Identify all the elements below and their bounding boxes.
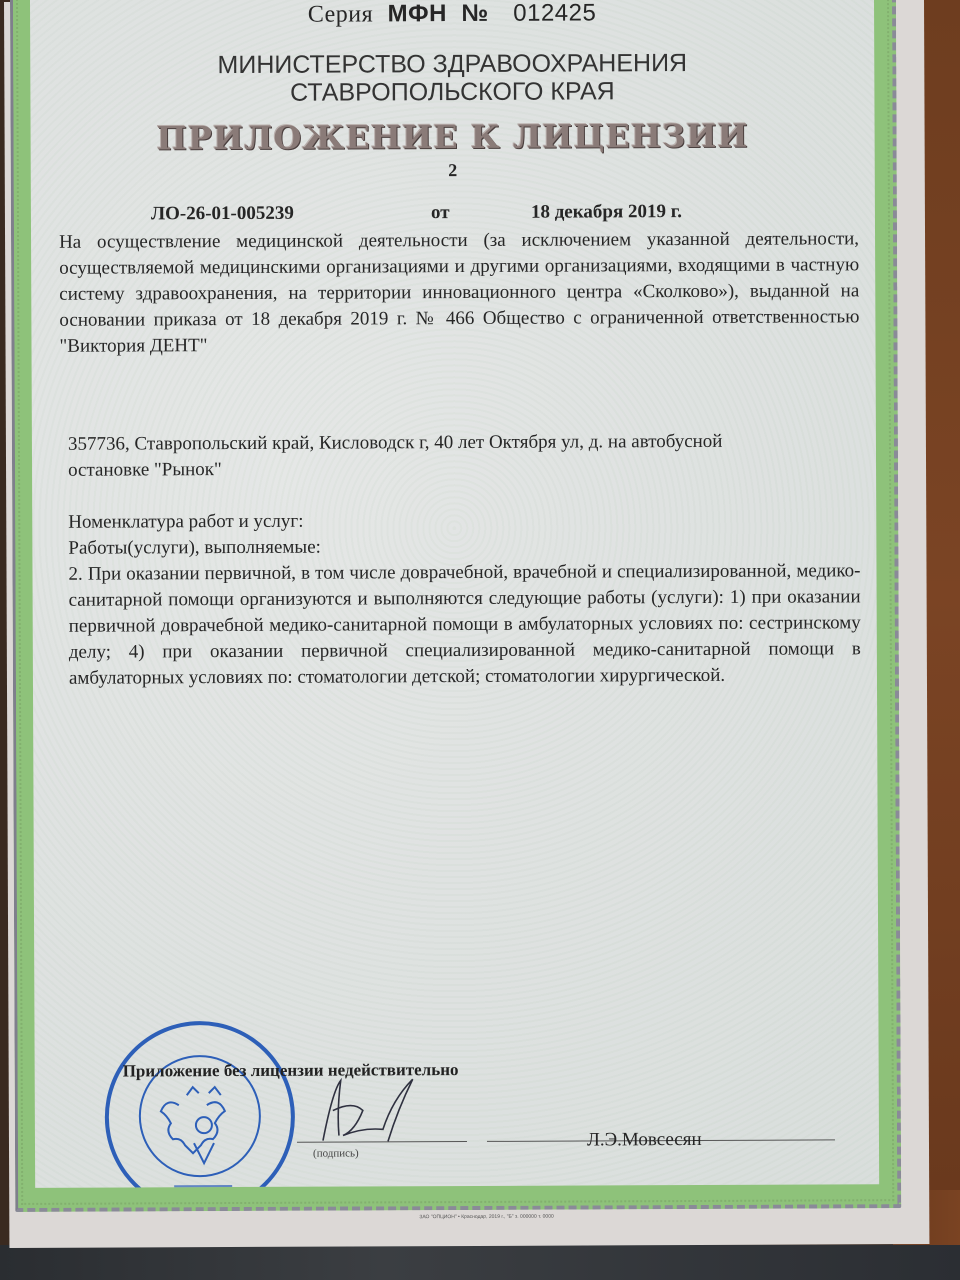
ministry-line-2: СТАВРОПОЛЬСКОГО КРАЯ: [30, 76, 874, 108]
license-date: 18 декабря 2019 г.: [531, 201, 682, 224]
nomenclature-label: Номенклатура работ и услуг:: [68, 509, 321, 536]
license-document: Серия МФН № 012425 МИНИСТЕРСТВО ЗДРАВООХ…: [4, 0, 929, 1248]
official-seal-stamp: [104, 1021, 295, 1188]
license-number: ЛО-26-01-005239: [151, 203, 294, 226]
series-code: МФН: [388, 0, 447, 27]
works-paragraph: 2. При оказании первичной, в том числе д…: [68, 558, 861, 691]
address: 357736, Ставропольский край, Кисловодск …: [68, 428, 858, 483]
ministry-line-1: МИНИСТЕРСТВО ЗДРАВООХРАНЕНИЯ: [30, 48, 874, 80]
document-title: ПРИЛОЖЕНИЕ К ЛИЦЕНЗИИ: [31, 116, 875, 158]
background-desk-wood: [923, 0, 960, 1190]
number-sign: №: [461, 0, 488, 27]
signer-name: Л.Э.Мовсесян: [587, 1129, 702, 1151]
issuing-authority: МИНИСТЕРСТВО ЗДРАВООХРАНЕНИЯ СТАВРОПОЛЬС…: [30, 48, 874, 108]
nomenclature-block: Номенклатура работ и услуг: Работы(услуг…: [68, 509, 321, 562]
signature-caption: (подпись): [313, 1147, 359, 1159]
series-number: 012425: [513, 0, 596, 27]
series-label: Серия: [308, 1, 373, 27]
background-table: [0, 1245, 960, 1280]
appendix-number: 2: [31, 158, 875, 183]
works-label: Работы(услуги), выполняемые:: [68, 535, 321, 562]
license-from-label: от: [431, 202, 450, 224]
address-line-1: 357736, Ставропольский край, Кисловодск …: [68, 428, 858, 457]
handwritten-signature-icon: [303, 1070, 443, 1151]
address-line-2: остановке "Рынок": [68, 454, 858, 483]
activity-paragraph: На осуществление медицинской деятельност…: [59, 226, 860, 359]
printer-info: ЗАО "ОПЦИОН" • Краснодар, 2019 г., "Б" з…: [419, 1214, 553, 1221]
document-body: Серия МФН № 012425 МИНИСТЕРСТВО ЗДРАВООХ…: [30, 0, 879, 1188]
series-line: Серия МФН № 012425: [30, 0, 874, 30]
double-headed-eagle-icon: [108, 1025, 299, 1188]
